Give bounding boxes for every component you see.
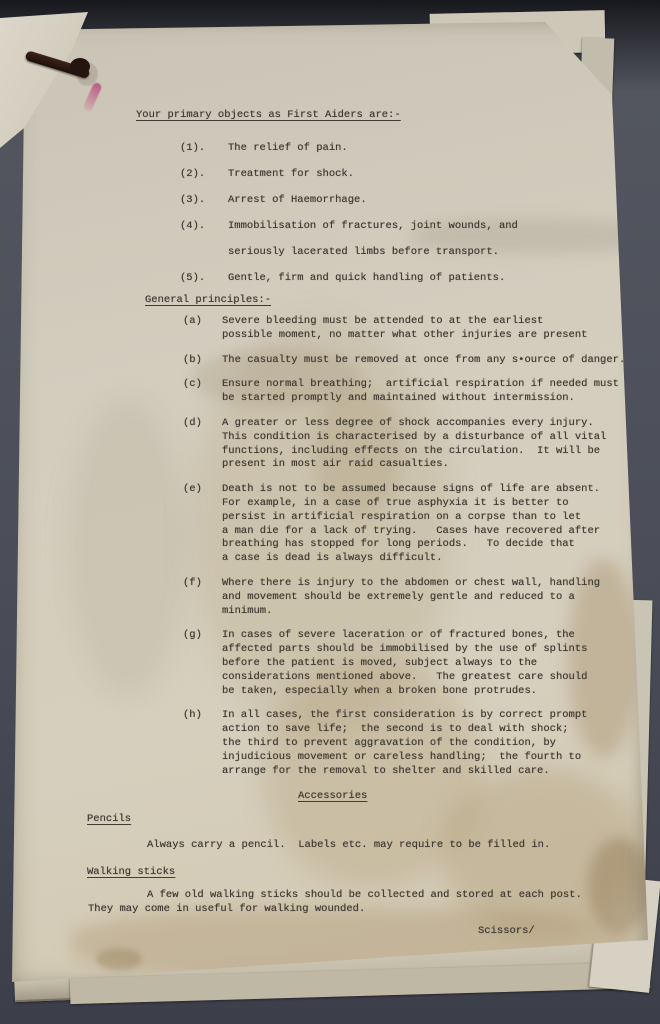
desk-background: Your primary objects as First Aiders are… (0, 0, 660, 1024)
principle-marker: (g) (183, 629, 222, 698)
principle-marker: (b) (183, 354, 222, 368)
list-item-text: Arrest of Haemorrhage. (228, 187, 558, 213)
typewritten-content: Your primary objects as First Aiders are… (12, 18, 648, 986)
principle-text: Death is not to be assumed because signs… (222, 483, 646, 566)
list-item-text: The relief of pain. (228, 135, 558, 161)
general-principles-heading: General principles:- (145, 293, 648, 307)
accessories-heading: Accessories (298, 789, 648, 803)
list-item-text: Treatment for shock. (228, 161, 558, 187)
list-item-marker: (3). (180, 187, 228, 213)
principle-text: In cases of severe laceration or of frac… (222, 629, 646, 698)
list-item: (2). Treatment for shock. (12, 161, 648, 187)
list-item: (1). The relief of pain. (12, 135, 648, 161)
document-page: Your primary objects as First Aiders are… (12, 18, 648, 986)
principle-marker: (e) (183, 483, 222, 566)
principle-item: (h) In all cases, the first consideratio… (12, 709, 648, 778)
list-item-text: Immobilisation of fractures, joint wound… (228, 213, 558, 265)
principle-marker: (a) (183, 315, 222, 343)
section-heading: Walking sticks (87, 865, 648, 879)
principle-marker: (c) (183, 378, 222, 406)
list-item: (4). Immobilisation of fractures, joint … (12, 213, 648, 265)
principle-item: (c) Ensure normal breathing; artificial … (12, 378, 648, 406)
principle-text: The casualty must be removed at once fro… (222, 354, 646, 368)
principle-item: (b) The casualty must be removed at once… (12, 354, 648, 368)
catchword-scissors: Scissors/ (478, 924, 648, 938)
list-item: (3). Arrest of Haemorrhage. (12, 187, 648, 213)
list-item-marker: (1). (180, 135, 228, 161)
section-walking-sticks: Walking sticks A few old walking sticks … (12, 865, 648, 917)
principle-item: (d) A greater or less degree of shock ac… (12, 417, 648, 472)
principle-item: (g) In cases of severe laceration or of … (12, 629, 648, 698)
section-body: A few old walking sticks should be colle… (88, 889, 648, 917)
list-item-text: Gentle, firm and quick handling of patie… (228, 265, 558, 291)
primary-objects-list: (1). The relief of pain. (2). Treatment … (12, 135, 648, 291)
section-heading: Pencils (87, 812, 648, 826)
principle-item: (e) Death is not to be assumed because s… (12, 483, 648, 566)
principle-text: A greater or less degree of shock accomp… (222, 417, 646, 472)
list-item-marker: (5). (180, 265, 228, 291)
list-item: (5). Gentle, firm and quick handling of … (12, 265, 648, 291)
section-body: Always carry a pencil. Labels etc. may r… (88, 839, 648, 853)
principle-marker: (h) (183, 709, 222, 778)
principle-marker: (d) (183, 417, 222, 472)
principle-item: (f) Where there is injury to the abdomen… (12, 577, 648, 618)
principle-text: In all cases, the first consideration is… (222, 709, 646, 778)
list-item-marker: (4). (180, 213, 228, 265)
principle-text: Severe bleeding must be attended to at t… (222, 315, 646, 343)
principle-text: Where there is injury to the abdomen or … (222, 577, 646, 618)
principle-text: Ensure normal breathing; artificial resp… (222, 378, 646, 406)
general-principles-list: (a) Severe bleeding must be attended to … (12, 315, 648, 778)
page-title: Your primary objects as First Aiders are… (136, 108, 648, 122)
treasury-tag-knot (70, 58, 90, 75)
section-pencils: Pencils Always carry a pencil. Labels et… (12, 812, 648, 853)
principle-marker: (f) (183, 577, 222, 618)
list-item-marker: (2). (180, 161, 228, 187)
principle-item: (a) Severe bleeding must be attended to … (12, 315, 648, 343)
